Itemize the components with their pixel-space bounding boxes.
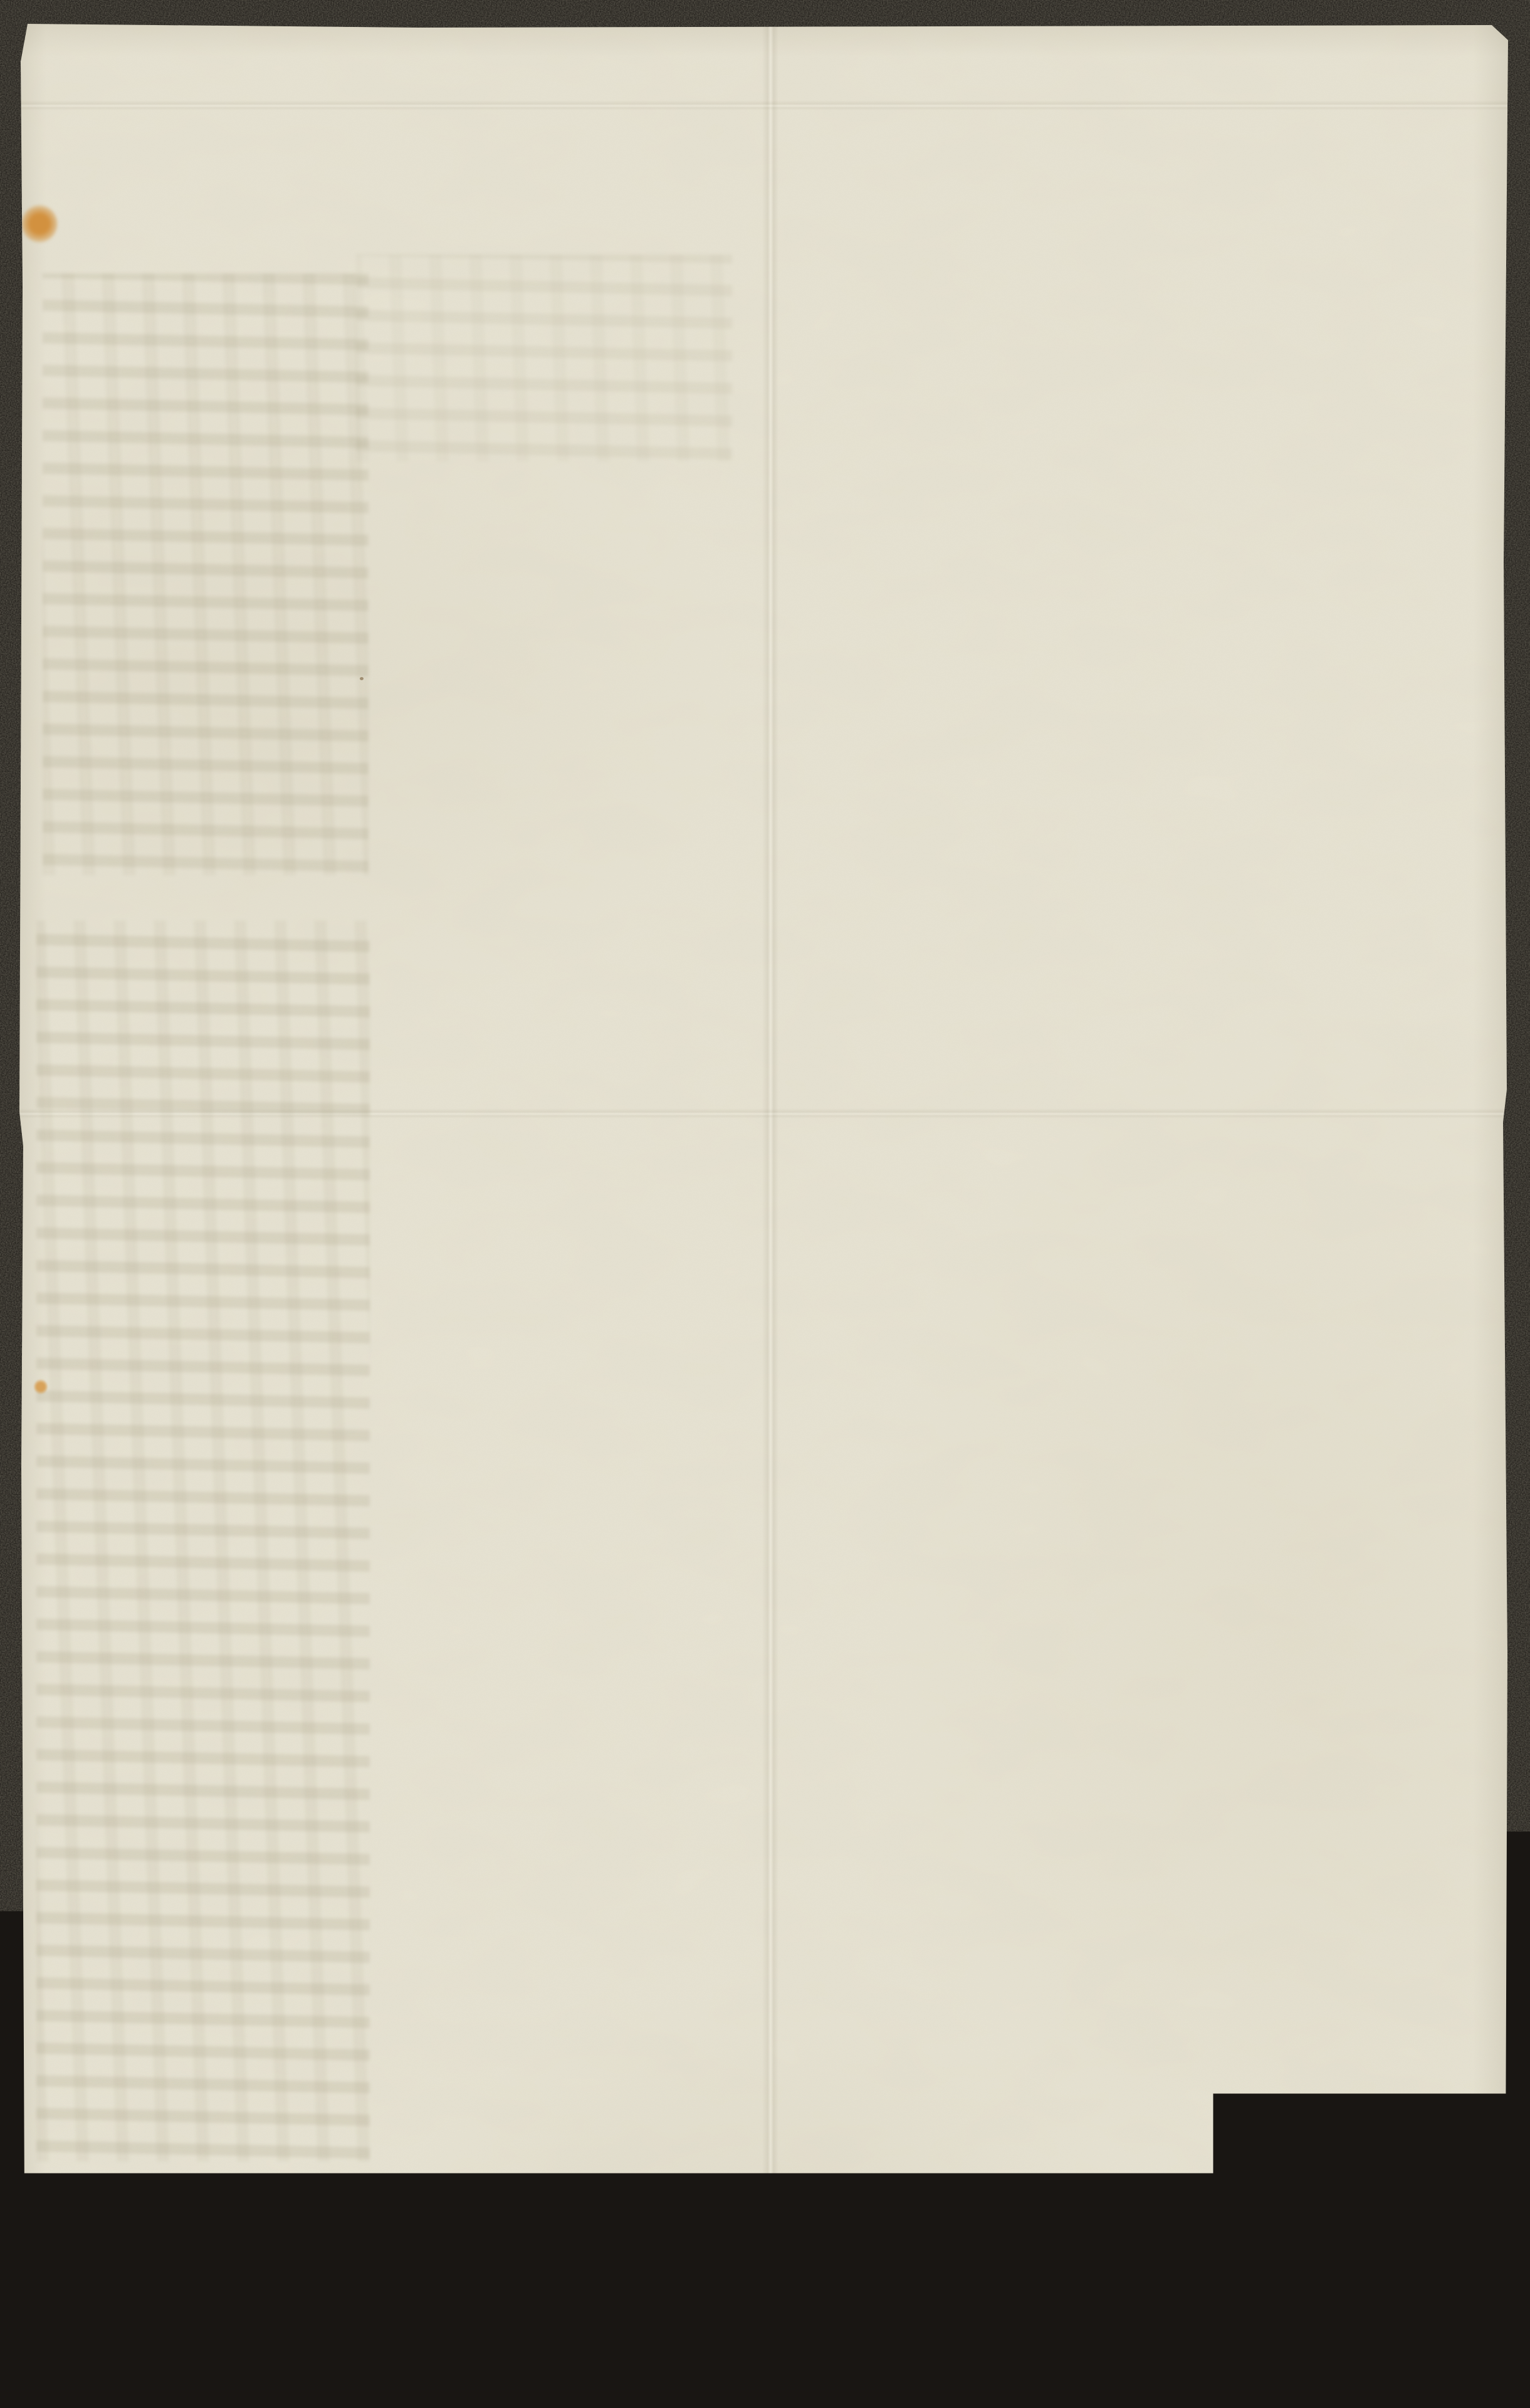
manuscript-line: Wieldrecht jegens ons gecocht heeft t'Am…: [348, 947, 1525, 991]
manuscript-line: Maze opwaerts gaende totter Donga, — end…: [355, 1063, 1530, 1108]
manuscript-line: liedt, voetachtich van zijnen lijve, soo…: [357, 1374, 1530, 1419]
paragraph-second-extract-caption: Ander Extract uuijt t'voorss CopieVerbae…: [808, 1682, 1519, 1776]
manuscript-line: Decker Wijnroeijer in: [51, 106, 494, 144]
ink-bleedthrough-lower-left: [36, 920, 370, 2162]
orange-stain-large: [21, 204, 58, 243]
dirt-speck-corner: [1465, 2357, 1472, 2362]
heading-copie-first: Copie: [992, 50, 1118, 96]
manuscript-line: Stantgazen, hebben de voorss Raaden mijn…: [352, 536, 1520, 582]
manuscript-line: in St Pauwels daege inden winter, int Ja…: [356, 1567, 1530, 1614]
manuscript-line: nae des Geraerdts doot zijnes Vaders — e…: [354, 1451, 1530, 1496]
manuscript-line: besegelt met onsen segel uijthangende, G…: [357, 1529, 1530, 1574]
manuscript-line: Copie Verbael Bouck, Nopende: [756, 154, 1519, 201]
manuscript-line: inde Verdroncken Waardt van: [758, 312, 1521, 359]
paragraph-extract-title: Extract getrocken uuijt seeckereCopie Ve…: [752, 115, 1517, 438]
manuscript-line: die hier naer volgende is, dats de Oste …: [353, 1023, 1530, 1070]
archive-photograph: Nota Dese Copie Verbael bouck isberusten…: [0, 0, 1530, 2408]
ink-speck: [71, 583, 75, 586]
manuscript-line: al betaelt heeft den eersten penninck en…: [356, 1218, 1530, 1263]
manuscript-line: Visscherijen vande Graeffelijckheijt: [753, 233, 1516, 280]
margin-note: Dese Copie Verbael bouck isberustende on…: [53, 43, 498, 238]
paragraph-attestation: Ende omme volcomentlijck te verthoonen, …: [354, 455, 1524, 784]
manuscript-line: van Raemsdonck, dat gelegen is binnen de…: [351, 985, 1528, 1030]
manuscript-line: Extract getrocken uuijt seeckere: [754, 113, 1517, 161]
heading-copie-second: Copie: [795, 784, 917, 829]
manuscript-line: zulcker manieren dat ware dat saecke dat…: [355, 1333, 1530, 1381]
manuscript-line: westzijde vander Donga te Waspijck toe, …: [354, 1100, 1530, 1148]
ink-bleedthrough-upper-left: [43, 273, 369, 875]
manuscript-line: Wij Willem, Grave van Henegouwen etc. ma…: [352, 867, 1529, 915]
zigzag-flourish: [495, 104, 613, 272]
paragraph-charter: Wij Willem, Grave van Henegouwen etc. ma…: [350, 868, 1530, 1652]
manuscript-line: welck Ambocht de voorn Claes ons vol end…: [349, 1180, 1526, 1224]
manuscript-line: Caerte vandien: [59, 199, 502, 238]
manuscript-line: in oorconde ende in vastenisse hen dees …: [355, 1489, 1530, 1537]
manuscript-line: Soon dat Ambacht van ons houden te recht…: [350, 1414, 1527, 1457]
manuscript-line: ende van zijne Ex.cie H. L. W.: [755, 271, 1518, 319]
orange-stain-dot: [34, 1379, 48, 1394]
note-tail-stroke-1: [263, 250, 519, 369]
manuscript-line: hoorn en parcquement/: [755, 391, 1517, 438]
paragraph-commission: Door bevel ende Ordonnantie vanmijnen he…: [728, 1790, 1507, 2080]
manuscript-line: Verbael Bouck getrocken/: [812, 1725, 1522, 1776]
etc-abbreviation-mark: Etc: [1343, 2050, 1402, 2093]
manuscript-line: condt allen luijden dat Claes Geerritssz…: [354, 907, 1530, 952]
note-tail-stroke-2: [313, 271, 548, 375]
ink-speck: [98, 351, 102, 357]
top-right-hairline: [1122, 35, 1503, 94]
manuscript-line: de bescheijdinge vande Limijten vande: [750, 194, 1512, 239]
manuscript-line: opt Zuijteijnde bescheijtsel de halve Do…: [352, 1140, 1529, 1186]
manuscript-line: Donga t'scheijtsel is, tusschen Raemsdon…: [358, 495, 1526, 543]
manuscript-line: Zuijthollant, gebonden is folio in: [756, 350, 1519, 398]
manuscript-page: Nota Dese Copie Verbael bouck isberusten…: [18, 24, 1508, 2389]
manuscript-line: Heeren duijsent driehondert ende zestich…: [354, 1607, 1530, 1652]
initial-E-ende: [291, 372, 369, 463]
manuscript-line: verlijdt van ons te houden te rechte lee…: [350, 1297, 1527, 1340]
ink-bleedthrough-top-center: [356, 255, 732, 461]
manuscript-line: lesten — Ende hebben hem dat Ambocht geg…: [354, 1256, 1530, 1303]
